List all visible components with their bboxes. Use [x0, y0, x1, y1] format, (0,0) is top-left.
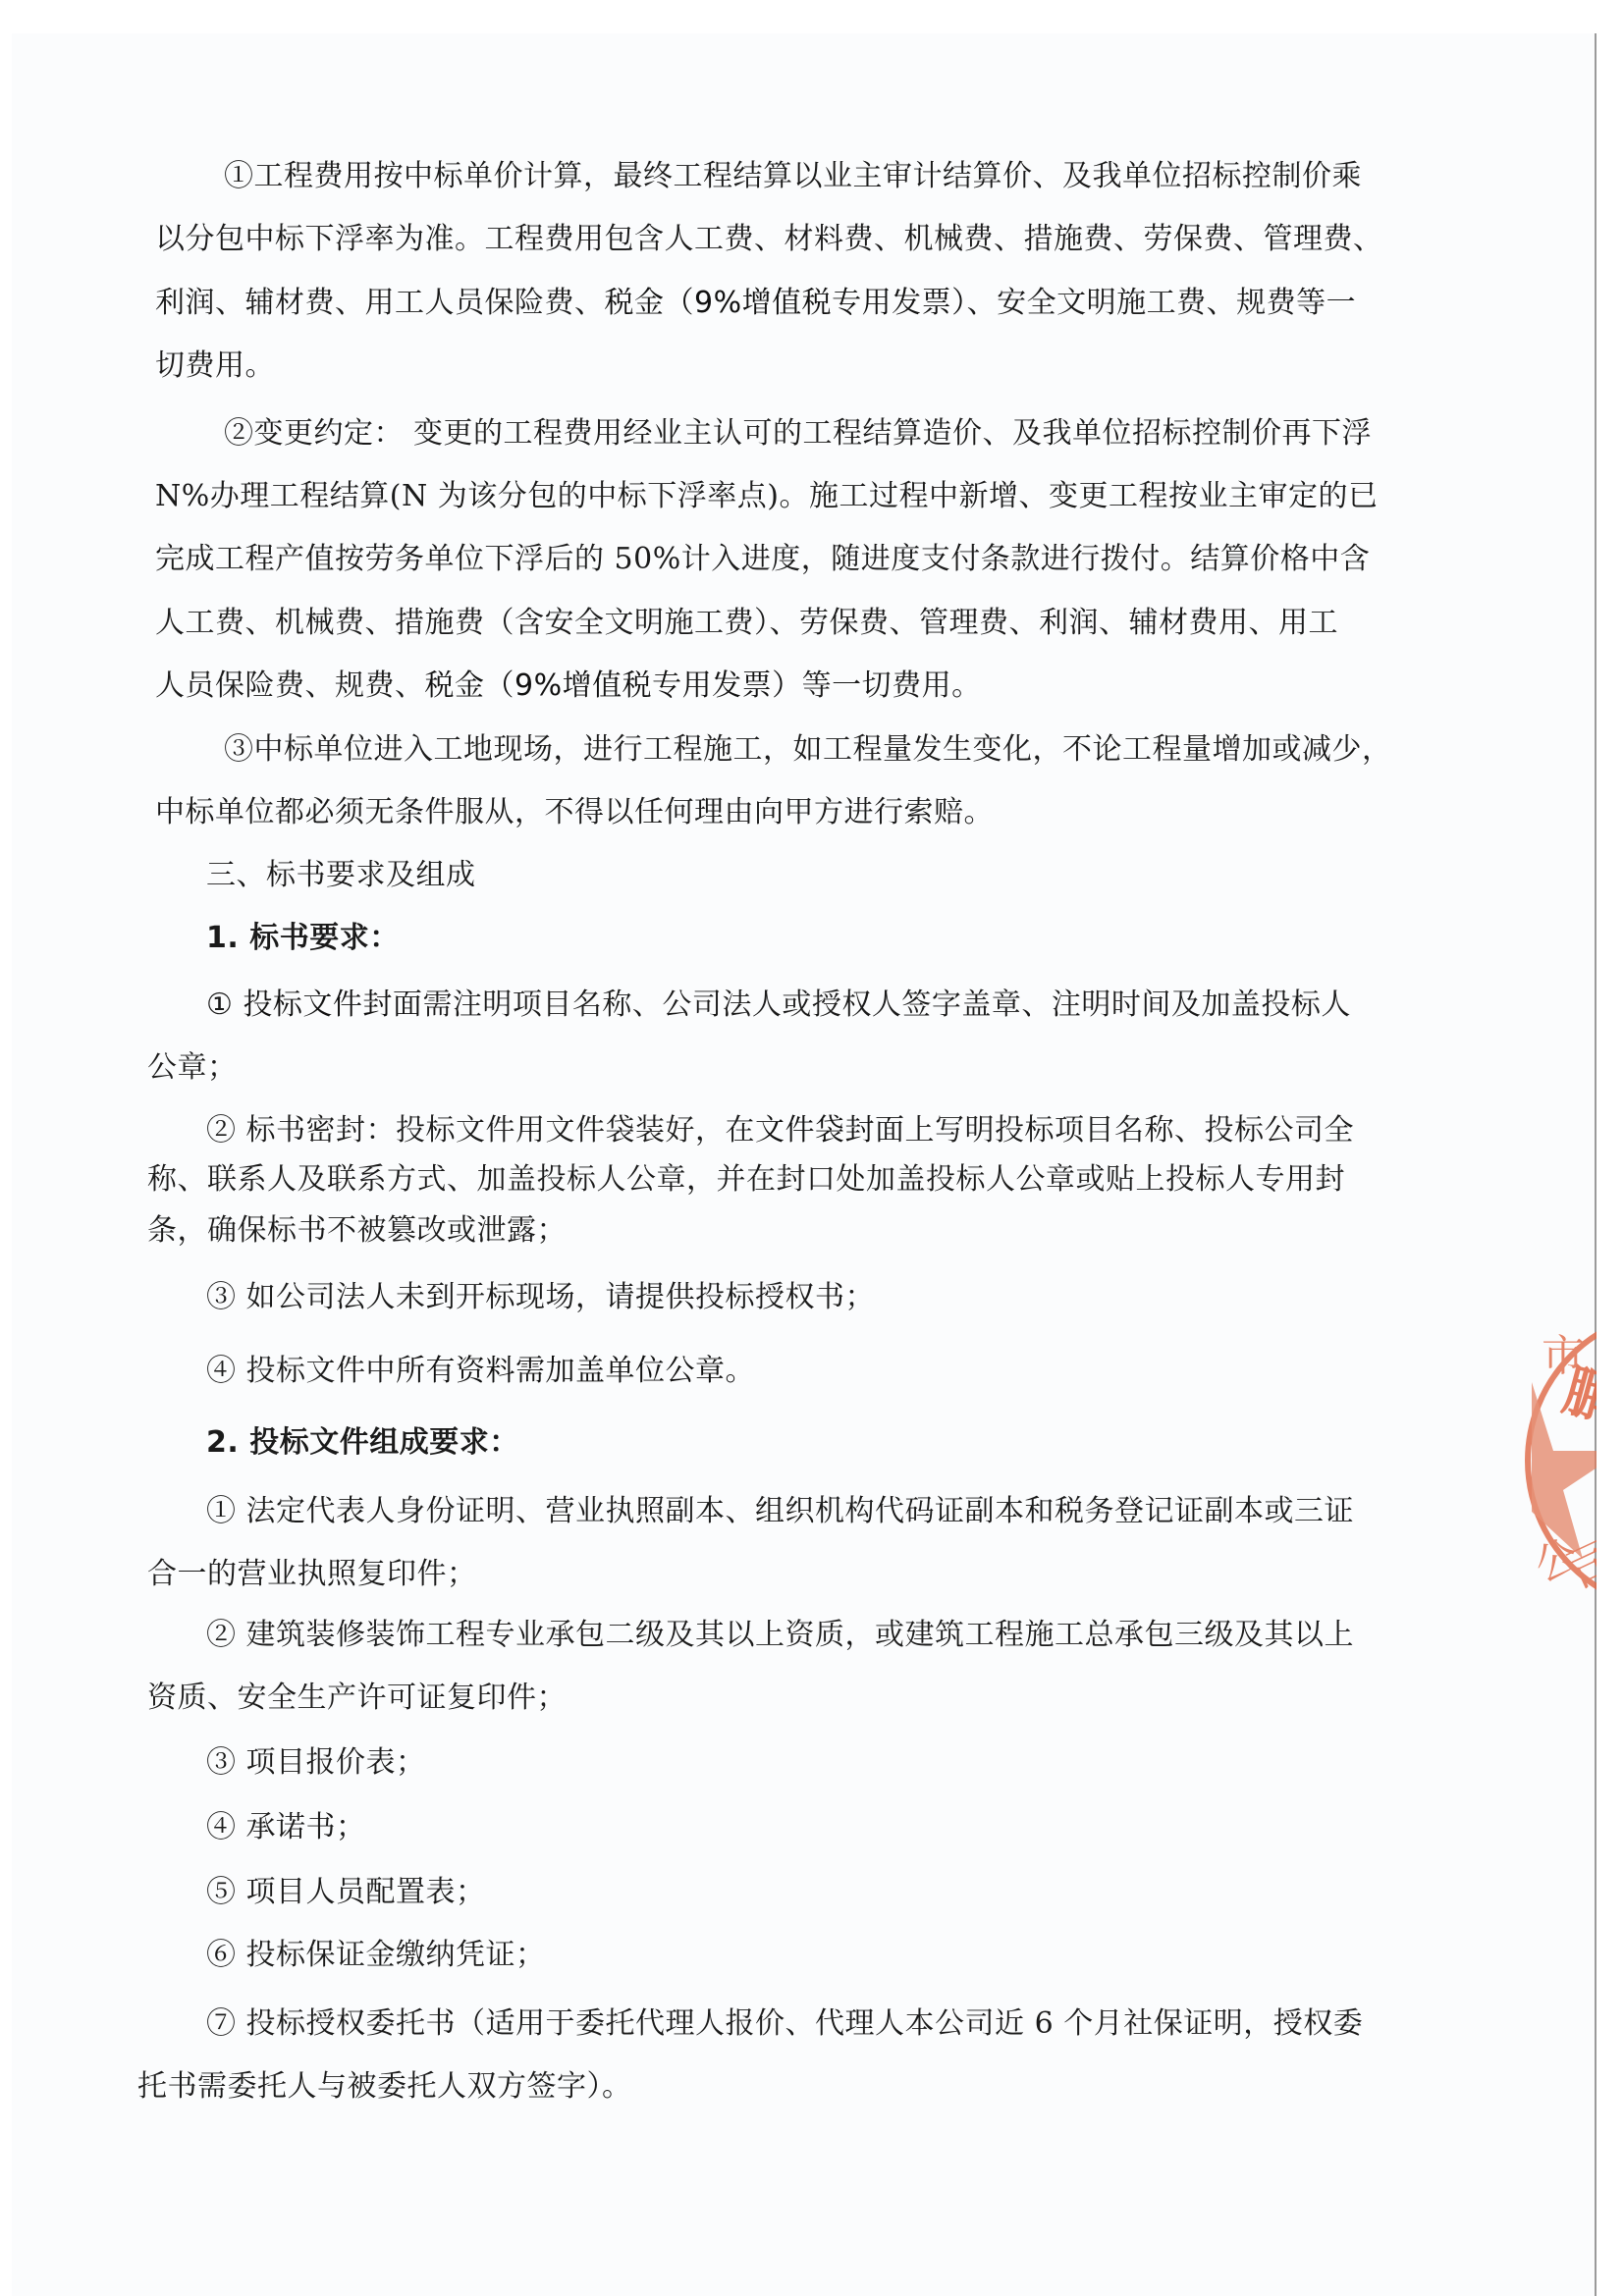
text-segment: ① — [206, 988, 243, 1022]
emphasized-text: 税金（9%增值税专用发票） — [425, 668, 802, 703]
text-segment: 2. 投标文件组成要求： — [206, 1425, 519, 1460]
text-line: ③中标单位进入工地现场，进行工程施工，如工程量发生变化，不论工程量增加或减少， — [224, 730, 1392, 770]
text-line: 称、联系人及联系方式、加盖投标人公章，并在封口处加盖投标人公章或贴上投标人专用封 — [147, 1160, 1345, 1200]
text-segment: ① 法定代表人身份证明、营业执照副本、组织机构代码证副本和税务登记证副本或三证 — [206, 1494, 1354, 1528]
text-line: 人员保险费、规费、税金（9%增值税专用发票）等一切费用。 — [155, 667, 982, 706]
text-line: 利润、辅材费、用工人员保险费、税金（9%增值税专用发票）、安全文明施工费、规费等… — [155, 284, 1356, 323]
text-segment: ④ 投标文件中 — [206, 1354, 396, 1388]
text-line: 中标单位都必须无条件服从，不得以任何理由向甲方进行索赔。 — [155, 793, 994, 832]
text-segment: 资质、安全生产许可证复印件； — [147, 1681, 567, 1715]
text-segment: ⑤ 项目人员配置表； — [206, 1875, 486, 1909]
text-segment: ①工程费用按中标单价计算，最终工程结算以业主审计结算价、及我单位招标控制价乘 — [224, 159, 1362, 193]
text-line: ④ 承诺书； — [206, 1808, 366, 1847]
text-line: ⑤ 项目人员配置表； — [206, 1873, 486, 1912]
emphasized-text: 投标文件封面 — [243, 988, 422, 1022]
text-segment: ③ 如公司法人未到开标现场，请提供投标授权书； — [206, 1280, 875, 1314]
text-line: 资质、安全生产许可证复印件； — [147, 1679, 567, 1718]
text-line: ③ 项目报价表； — [206, 1743, 426, 1783]
text-segment: 合一的营业执照复印件； — [147, 1557, 477, 1591]
official-seal-stamp: 市 鹏 公 司 — [1520, 1294, 1597, 1628]
text-line: ① 投标文件封面需注明项目名称、公司法人或授权人签字盖章、注明时间及加盖投标人 — [206, 986, 1351, 1025]
text-segment: 完成工程产值按劳务单位下浮后的 50%计入进度，随进度支付条款进行拨付。结算价格… — [155, 542, 1370, 576]
section-heading: 2. 投标文件组成要求： — [206, 1423, 519, 1463]
emphasized-text: 税金（9%增值税专用发票） — [605, 286, 967, 320]
text-segment: 上写明投标项目名称、投标公司全 — [905, 1113, 1355, 1148]
section-heading: 1. 标书要求： — [206, 919, 400, 958]
text-line: ①工程费用按中标单价计算，最终工程结算以业主审计结算价、及我单位招标控制价乘 — [224, 157, 1362, 196]
text-line: ② 建筑装修装饰工程专业承包二级及其以上资质，或建筑工程施工总承包三级及其以上 — [206, 1616, 1354, 1655]
section-heading: 三、标书要求及组成 — [206, 856, 476, 895]
text-line: ②变更约定： 变更的工程费用经业主认可的工程结算造价、及我单位招标控制价再下浮 — [224, 414, 1372, 454]
text-line: 切费用。 — [155, 347, 275, 386]
text-segment: 利润、辅材费、用工人员保险费、 — [155, 286, 605, 320]
text-line: ④ 投标文件中所有资料需加盖单位公章。 — [206, 1352, 755, 1391]
text-segment: 人工费、机械费、措施费（含安全文明施工费）、劳保费、管理费、利润、辅材费用、用工 — [155, 606, 1338, 640]
text-segment: ③中标单位进入工地现场，进行工程施工，如工程量发生变化，不论工程量增加或减少， — [224, 732, 1392, 767]
text-segment: 人员保险费、规费、 — [155, 668, 425, 703]
text-segment: ② 建筑装修装饰工程专业承包二级及其以上资质，或建筑工程施工总承包三级及其以上 — [206, 1618, 1354, 1652]
text-line: 完成工程产值按劳务单位下浮后的 50%计入进度，随进度支付条款进行拨付。结算价格… — [155, 540, 1370, 579]
text-segment: 需注明项目名称、公司法人或授权人签字盖章、注明时间及加盖投标人 — [422, 988, 1351, 1022]
text-line: ⑦ 投标授权委托书（适用于委托代理人报价、代理人本公司近 6 个月社保证明，授权… — [206, 2004, 1363, 2044]
text-segment: 三、标书要求及组成 — [206, 858, 476, 892]
document-content: ①工程费用按中标单价计算，最终工程结算以业主审计结算价、及我单位招标控制价乘以分… — [0, 0, 1624, 2296]
text-line: ⑥ 投标保证金缴纳凭证； — [206, 1936, 546, 1975]
emphasized-text: 所有资料需加盖单位公章 — [396, 1354, 726, 1388]
text-segment: 称、联系人及联系方式、加盖投标人公章，并在封口处加盖投标人公章或贴上投标人专用封 — [147, 1162, 1345, 1197]
text-segment: 1. 标书要求： — [206, 921, 400, 955]
text-segment: ⑥ 投标保证金缴纳凭证； — [206, 1938, 546, 1972]
text-line: ① 法定代表人身份证明、营业执照副本、组织机构代码证副本和税务登记证副本或三证 — [206, 1492, 1354, 1531]
text-line: N%办理工程结算(N 为该分包的中标下浮率点)。施工过程中新增、变更工程按业主审… — [155, 477, 1378, 516]
text-line: 人工费、机械费、措施费（含安全文明施工费）、劳保费、管理费、利润、辅材费用、用工 — [155, 604, 1338, 643]
text-line: 以分包中标下浮率为准。工程费用包含人工费、材料费、机械费、措施费、劳保费、管理费… — [155, 220, 1383, 259]
text-segment: ②变更约定： 变更的工程费用经业主认可的工程结算造价、及我单位招标控制价再下浮 — [224, 416, 1372, 451]
text-segment: 、安全文明施工费、规费等一 — [967, 286, 1357, 320]
text-segment: ③ 项目报价表； — [206, 1745, 426, 1780]
text-line: ③ 如公司法人未到开标现场，请提供投标授权书； — [206, 1278, 875, 1317]
text-segment: 公章； — [147, 1050, 238, 1085]
text-segment: 条，确保标书不被篡改或泄露； — [147, 1213, 567, 1248]
text-segment: N%办理工程结算(N 为该分包的中标下浮率点)。施工过程中新增、变更工程按业主审… — [155, 479, 1378, 513]
text-segment: 切费用。 — [155, 348, 275, 383]
seal-icon: 市 鹏 公 司 — [1520, 1294, 1597, 1628]
text-segment: ⑦ 投标授权委托书（适用于委托代理人报价、代理人本公司近 6 个月社保证明，授权… — [206, 2006, 1363, 2041]
emphasized-text: 文件袋封面 — [755, 1113, 905, 1148]
text-line: 托书需委托人与被委托人双方签字）。 — [137, 2067, 632, 2107]
text-segment: 以分包中标下浮率为准。工程费用包含人工费、材料费、机械费、措施费、劳保费、管理费… — [155, 222, 1383, 256]
text-segment: ② 标书密封：投标文件用文件袋装好，在 — [206, 1113, 755, 1148]
text-segment: ④ 承诺书； — [206, 1810, 366, 1844]
text-line: ② 标书密封：投标文件用文件袋装好，在文件袋封面上写明投标项目名称、投标公司全 — [206, 1111, 1354, 1150]
text-line: 合一的营业执照复印件； — [147, 1555, 477, 1594]
text-segment: 等一切费用。 — [802, 668, 982, 703]
text-line: 条，确保标书不被篡改或泄露； — [147, 1211, 567, 1251]
text-line: 公章； — [147, 1048, 238, 1088]
text-segment: 托书需委托人与被委托人双方签字）。 — [137, 2069, 632, 2104]
text-segment: 。 — [726, 1354, 756, 1388]
text-segment: 中标单位都必须无条件服从，不得以任何理由向甲方进行索赔。 — [155, 795, 994, 829]
